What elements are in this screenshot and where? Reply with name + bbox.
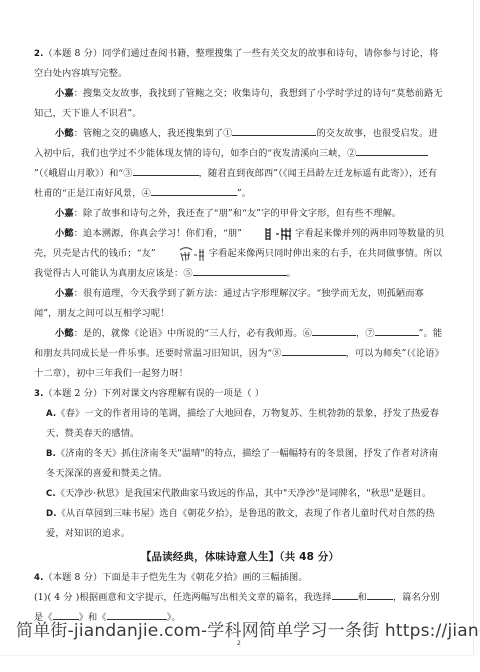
dialogue-xiaoyi-1: 小懿：管鲍之交的确感人，我还搜集到了①的交友故事，也很受启发。进入初中后，我们也… (34, 124, 446, 204)
page-number: 2 (237, 640, 241, 647)
answer-blank-3[interactable] (133, 165, 199, 176)
watermark-text: 简单街-jiandanjie.com-学科网简单学习一条街 https://ji… (16, 616, 480, 641)
answer-blank-5[interactable] (193, 265, 287, 276)
dialogue-xiaoyi-3: 小懿：是的，就像《论语》中所说的“三人行，必有我师焉。⑥，⑦”。能和朋友共同成长… (34, 324, 446, 384)
answer-blank-8[interactable] (282, 345, 346, 356)
document-page: 2.（本题 8 分）同学们通过查阅书籍，整理搜集了一些有关交友的故事和诗句，请你… (0, 0, 474, 656)
question-2-header: 2.（本题 8 分）同学们通过查阅书籍，整理搜集了一些有关交友的故事和诗句，请你… (34, 44, 446, 84)
section-title: 【品读经典，体味诗意人生】（共 48 分） (34, 546, 446, 568)
answer-blank-4[interactable] (151, 185, 237, 196)
option-label: A. (46, 409, 56, 419)
speaker-name: 小懿 (55, 128, 74, 139)
option-label: B. (46, 449, 56, 459)
oracle-bone-peng-icon (243, 227, 294, 241)
speaker-name: 小懿 (55, 228, 74, 239)
answer-blank-choice-2[interactable] (367, 589, 393, 600)
speaker-name: 小嘉 (55, 88, 74, 99)
answer-blank-1[interactable] (232, 125, 316, 136)
dialogue-xiaojia-1: 小嘉：搜集交友故事，我找到了管鲍之交；收集诗句，我想到了小学时学过的诗句“莫愁前… (34, 84, 446, 124)
answer-blank-7[interactable] (375, 325, 419, 336)
answer-blank-choice-1[interactable] (332, 589, 358, 600)
dialogue-xiaojia-3: 小嘉：很有道理，今天我学到了新方法：通过古字形理解汉字。“独学而无友，则孤陋而寡… (34, 284, 446, 324)
oracle-bone-you-icon (157, 247, 208, 261)
page-content: 2.（本题 8 分）同学们通过查阅书籍，整理搜集了一些有关交友的故事和诗句，请你… (34, 44, 446, 628)
question-4-header: 4.（本题 8 分）下面是丰子恺先生为《朝花夕拾》画的三幅插图。 (34, 568, 446, 588)
speaker-name: 小懿 (55, 328, 74, 339)
answer-blank-2[interactable] (356, 145, 428, 156)
option-label: D. (46, 509, 57, 519)
speaker-name: 小嘉 (55, 288, 74, 299)
option-c[interactable]: C.《天净沙·秋思》是我国宋代散曲家马致远的作品，其中"天净沙"是词牌名，"秋思… (34, 484, 446, 504)
option-d[interactable]: D.《从百草园到三味书屋》选自《朝花夕拾》，是鲁迅的散文，表现了作者儿童时代对自… (34, 504, 446, 544)
dialogue-xiaojia-2: 小嘉：除了故事和诗句之外，我还查了“朋”和“友”字的甲骨文字形，但有些不理解。 (34, 204, 446, 224)
option-label: C. (46, 489, 56, 499)
dialogue-xiaoyi-2: 小懿：追本溯源，你真会学习！你们看，“朋”字看起来像并列的两串同等数量的贝壳，贝… (34, 224, 446, 284)
option-a[interactable]: A.《春》一文的作者用诗的笔调，描绘了大地回春，万物复苏、生机勃勃的景象，抒发了… (34, 404, 446, 444)
speaker-name: 小嘉 (55, 208, 74, 219)
option-b[interactable]: B.《济南的冬天》抓住济南冬天"温晴"的特点，描绘了一幅幅特有的冬景图，抒发了作… (34, 444, 446, 484)
answer-blank-6[interactable] (312, 325, 356, 336)
question-3-header: 3.（本题 2 分）下列对课文内容理解有误的一项是（ ） (34, 384, 446, 404)
